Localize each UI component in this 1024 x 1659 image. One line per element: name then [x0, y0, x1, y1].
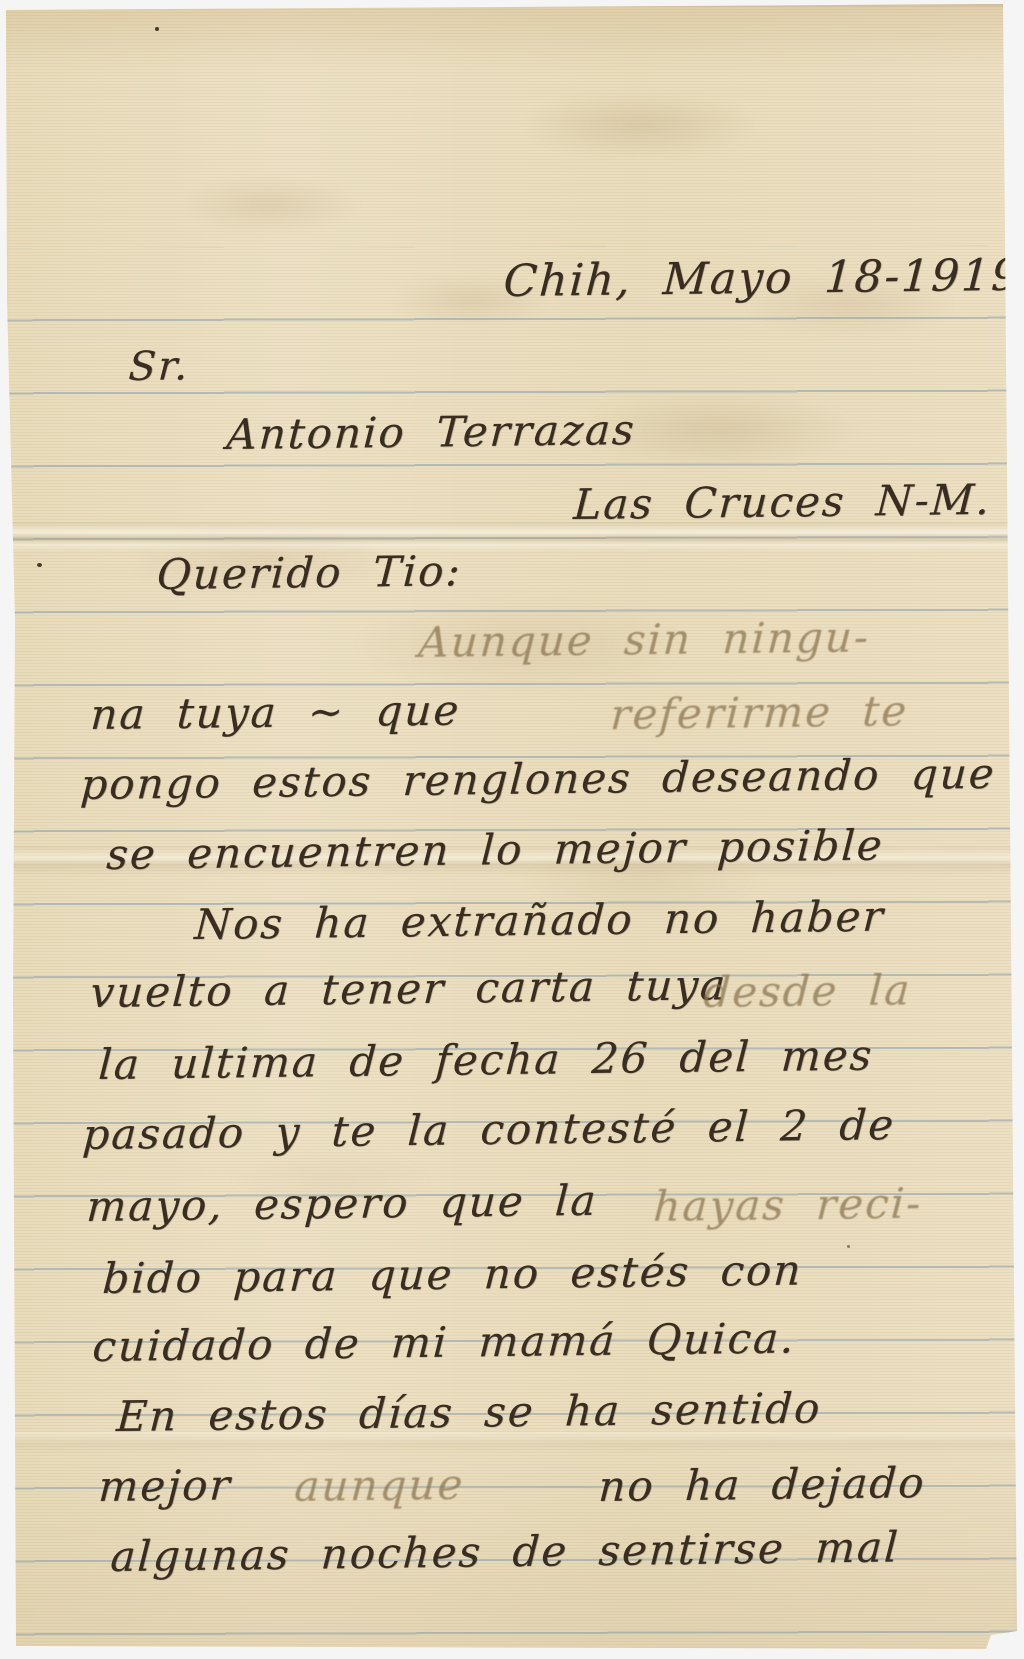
letter-line: Aunque sin ningu-	[417, 612, 871, 667]
letter-line: Las Cruces N-M.	[572, 475, 992, 529]
letter-line: pasado y te la contesté el 2 de	[81, 1100, 896, 1159]
letter-line: Antonio Terrazas	[225, 405, 637, 459]
letter-line: vuelto a tener carta tuya	[89, 960, 728, 1017]
letter-line: na tuya ~ que	[89, 685, 462, 739]
letter-line: la ultima de fecha 26 del mes	[97, 1031, 875, 1090]
letter-line: mayo, espero que la	[85, 1176, 599, 1231]
letter-line: mejor	[97, 1460, 233, 1511]
letter-line: En estos días se ha sentido	[115, 1383, 823, 1441]
letter-line: pongo estos renglones deseando que	[79, 749, 997, 809]
letter-line: aunque	[293, 1460, 466, 1511]
letter-body: Chih, Mayo 18-1919.Sr.Antonio TerrazasLa…	[0, 0, 1024, 1659]
letter-line: Chih, Mayo 18-1919.	[502, 249, 1024, 307]
letter-line: desde la	[702, 965, 913, 1017]
letter-line: referirme te	[609, 686, 909, 739]
letter-line: se encuentren lo mejor posible	[105, 821, 885, 880]
letter-line: algunas noches de sentirse mal	[109, 1522, 901, 1581]
letter-line: cuidado de mi mamá Quica.	[91, 1313, 797, 1371]
letter-line: no ha dejado	[597, 1458, 927, 1511]
scanned-letter-page: Chih, Mayo 18-1919.Sr.Antonio TerrazasLa…	[0, 0, 1024, 1659]
letter-line: Querido Tio:	[155, 546, 463, 599]
letter-line: hayas reci-	[652, 1179, 924, 1231]
letter-line: bido para que no estés con	[101, 1245, 804, 1303]
letter-line: Sr.	[127, 343, 190, 390]
letter-paper: Chih, Mayo 18-1919.Sr.Antonio TerrazasLa…	[0, 0, 1024, 1659]
letter-line: Nos ha extrañado no haber	[193, 892, 886, 949]
